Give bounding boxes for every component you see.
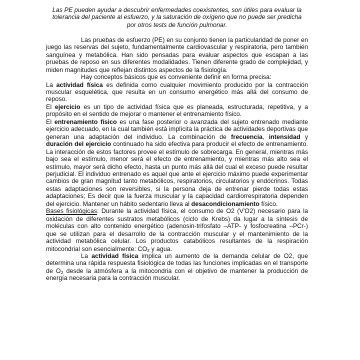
term-ejercicio: ejercicio [55,104,81,111]
term-actividad-fisica-2: actividad física [91,253,138,260]
paragraph-ejercicio: El ejercicio es un tipo de actividad fís… [46,104,308,119]
paragraph-actividad-fisica: La actividad física es definida como cua… [46,82,308,104]
abstract-italic: Las PE pueden ayudar a descubrir enferme… [46,7,308,29]
text: y agua. [150,246,172,253]
document-page: Las PE pueden ayudar a descubrir enferme… [46,7,308,283]
paragraph-demanda-o2: La actividad física implica un aumento d… [46,253,308,283]
paragraph-bases-fisiologicas: Bases fisiológicas: Durante la actividad… [46,208,308,253]
term-desacondicionamiento: desacondicionamiento [191,201,259,208]
text: La [81,253,91,260]
text: es un tipo de actividad física que es pl… [46,104,308,118]
term-entrenamiento-fisico: entrenamiento físico [54,119,117,126]
term-actividad-fisica: actividad física [56,82,103,89]
text: desde la atmósfera a la mitocondria con … [46,268,308,282]
paragraph-intro: Las pruebas de esfuerzo (PE) en su conju… [46,37,308,74]
heading-bases-fisiologicas: Bases fisiológicas [46,208,97,215]
text: físico. [260,201,278,208]
term-intensidad: intensidad [269,134,301,141]
text: continuado ha sido efectiva para produci… [46,141,308,208]
text: El [46,104,55,111]
text: y [300,134,308,141]
text: La [46,82,56,89]
term-duracion: duración del ejercicio [46,141,111,148]
paragraph-entrenamiento: El entrenamiento físico es una fase post… [46,119,308,208]
term-frecuencia: frecuencia [231,134,263,141]
text: : Durante la actividad física, el consum… [46,208,308,252]
paragraph-concepts: Hay conceptos básicos que es conveniente… [46,74,308,81]
